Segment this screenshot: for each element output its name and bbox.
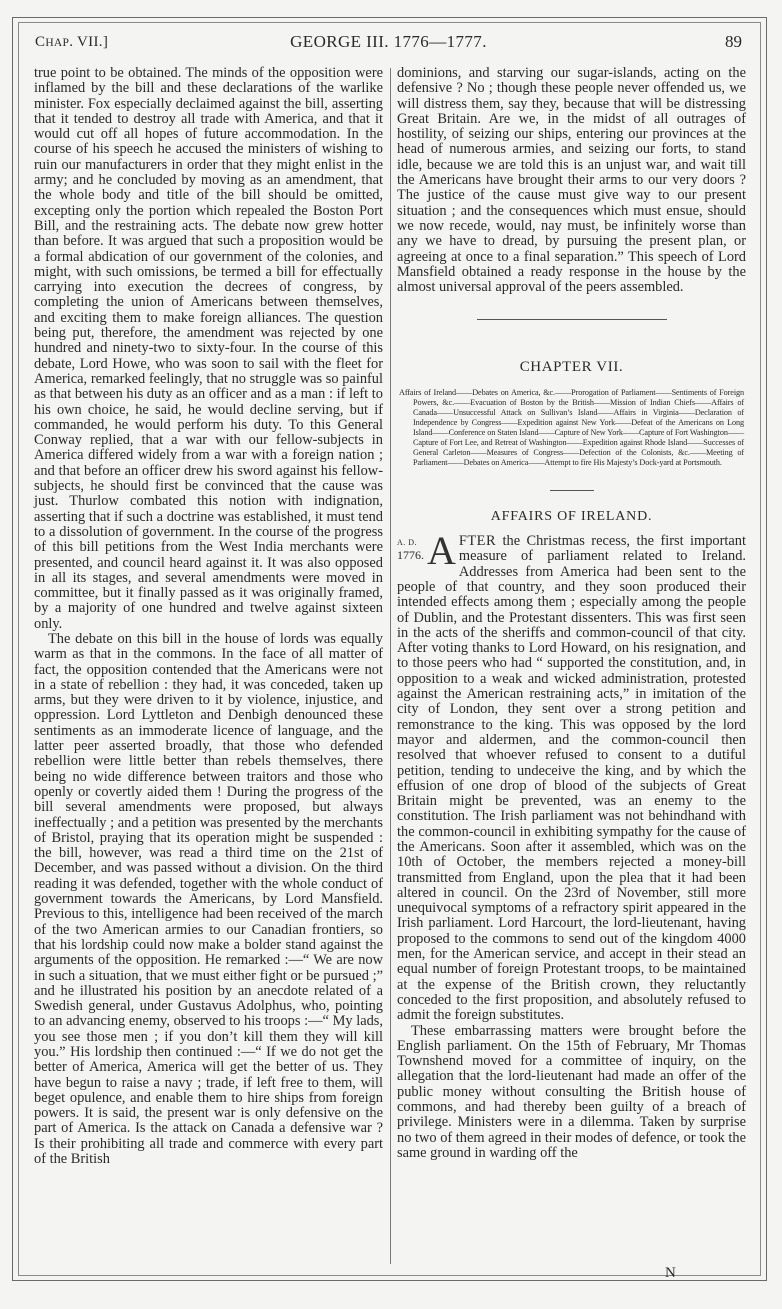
opening-paragraph: A. D. 1776. A FTER the Christmas recess,…: [397, 534, 746, 1024]
short-rule: [550, 490, 594, 491]
margin-year: 1776.: [397, 549, 425, 562]
running-head: CHAP. VII.] GEORGE III. 1776—1777. 89: [35, 32, 742, 56]
paragraph-continuation: dominions, and starving our sugar-island…: [397, 66, 746, 295]
margin-date-note: A. D. 1776.: [397, 536, 425, 562]
paragraph: These embarrassing matters were brought …: [397, 1024, 746, 1162]
section-title: AFFAIRS OF IRELAND.: [397, 509, 746, 524]
signature-mark: N: [665, 1265, 676, 1282]
chapter-synopsis: Affairs of Ireland——Debates on America, …: [399, 388, 744, 468]
right-column: dominions, and starving our sugar-island…: [397, 66, 746, 1161]
section-rule: [477, 319, 667, 320]
opening-text: the Christmas recess, the first importan…: [397, 533, 746, 1023]
chapter-title: CHAPTER VII.: [397, 360, 746, 375]
drop-cap: A: [427, 535, 456, 567]
left-column: true point to be obtained. The minds of …: [34, 66, 383, 1167]
running-title: GEORGE III. 1776—1777.: [35, 32, 742, 52]
paragraph: The debate on this bill in the house of …: [34, 632, 383, 1167]
opening-lead-word: FTER: [459, 533, 496, 549]
page-number: 89: [725, 32, 742, 52]
column-divider: [390, 68, 391, 1264]
paragraph: true point to be obtained. The minds of …: [34, 66, 383, 632]
